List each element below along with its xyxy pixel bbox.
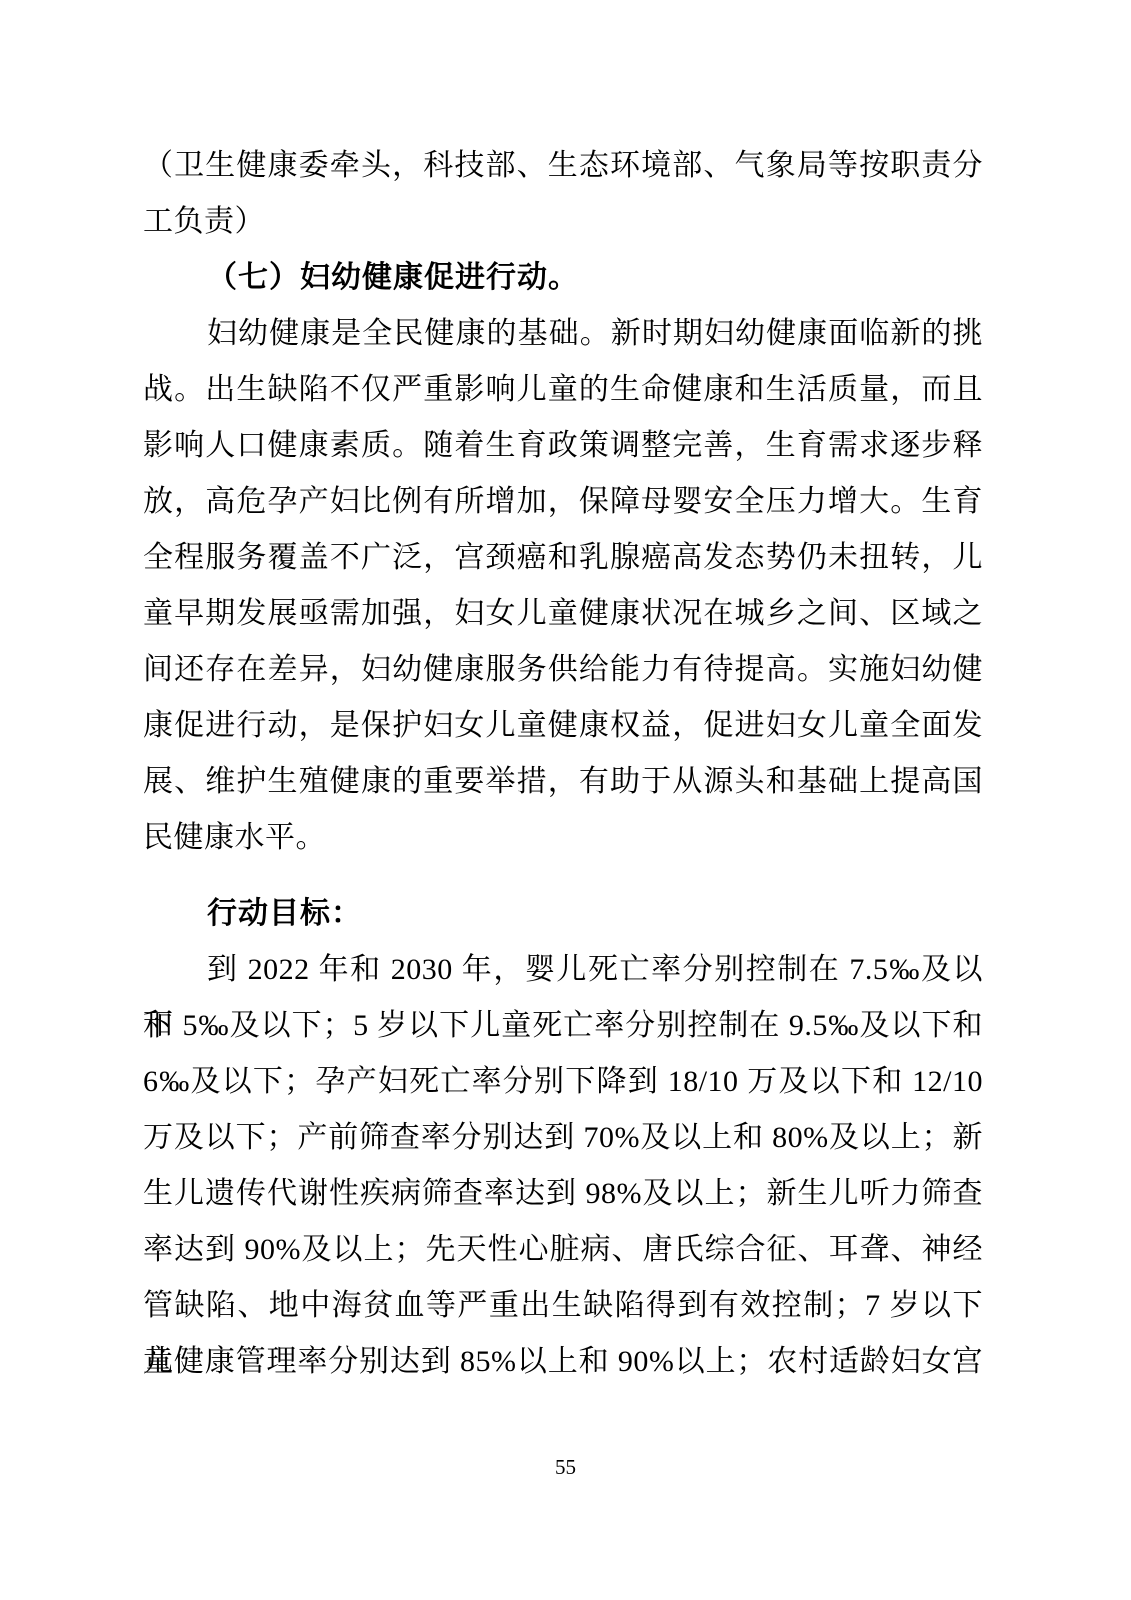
text-line: 康促进行动，是保护妇女儿童健康权益，促进妇女儿童全面发 [143, 698, 983, 754]
text-line: 率达到 90%及以上；先天性心脏病、唐氏综合征、耳聋、神经 [143, 1222, 983, 1278]
text-line: 放，高危孕产妇比例有所增加，保障母婴安全压力增大。生育 [143, 474, 983, 530]
text-line: 战。出生缺陷不仅严重影响儿童的生命健康和生活质量，而且 [143, 362, 983, 418]
page-number: 55 [0, 1452, 1131, 1482]
text-line: 民健康水平。 [143, 810, 983, 866]
text-line: 和 5‰及以下；5 岁以下儿童死亡率分别控制在 9.5‰及以下和 [143, 998, 983, 1054]
text-line: 工负责） [143, 194, 983, 250]
text-line: 童健康管理率分别达到 85%以上和 90%以上；农村适龄妇女宫 [143, 1334, 983, 1390]
body-text: （卫生健康委牵头，科技部、生态环境部、气象局等按职责分 工负责） （七）妇幼健康… [143, 138, 983, 1390]
text-line: 生儿遗传代谢性疾病筛查率达到 98%及以上；新生儿听力筛查 [143, 1166, 983, 1222]
text-line: 童早期发展亟需加强，妇女儿童健康状况在城乡之间、区域之 [143, 586, 983, 642]
responsibility-note: （卫生健康委牵头，科技部、生态环境部、气象局等按职责分 工负责） [143, 138, 983, 250]
text-line: 间还存在差异，妇幼健康服务供给能力有待提高。实施妇幼健 [143, 642, 983, 698]
section-heading: （七）妇幼健康促进行动。 [143, 250, 983, 306]
text-line: 展、维护生殖健康的重要举措，有助于从源头和基础上提高国 [143, 754, 983, 810]
action-goals-heading: 行动目标： [143, 886, 983, 942]
text-line: （卫生健康委牵头，科技部、生态环境部、气象局等按职责分 [143, 138, 983, 194]
document-page: （卫生健康委牵头，科技部、生态环境部、气象局等按职责分 工负责） （七）妇幼健康… [0, 0, 1131, 1600]
text-line: 全程服务覆盖不广泛，宫颈癌和乳腺癌高发态势仍未扭转，儿 [143, 530, 983, 586]
text-line: 影响人口健康素质。随着生育政策调整完善，生育需求逐步释 [143, 418, 983, 474]
text-line: 6‰及以下；孕产妇死亡率分别下降到 18/10 万及以下和 12/10 [143, 1054, 983, 1110]
text-line: 妇幼健康是全民健康的基础。新时期妇幼健康面临新的挑 [143, 306, 983, 362]
goals-paragraph: 到 2022 年和 2030 年，婴儿死亡率分别控制在 7.5‰及以下 和 5‰… [143, 942, 983, 1390]
text-line: 管缺陷、地中海贫血等严重出生缺陷得到有效控制；7 岁以下儿 [143, 1278, 983, 1334]
intro-paragraph: 妇幼健康是全民健康的基础。新时期妇幼健康面临新的挑 战。出生缺陷不仅严重影响儿童… [143, 306, 983, 866]
text-line: 万及以下；产前筛查率分别达到 70%及以上和 80%及以上；新 [143, 1110, 983, 1166]
text-line: 到 2022 年和 2030 年，婴儿死亡率分别控制在 7.5‰及以下 [143, 942, 983, 998]
